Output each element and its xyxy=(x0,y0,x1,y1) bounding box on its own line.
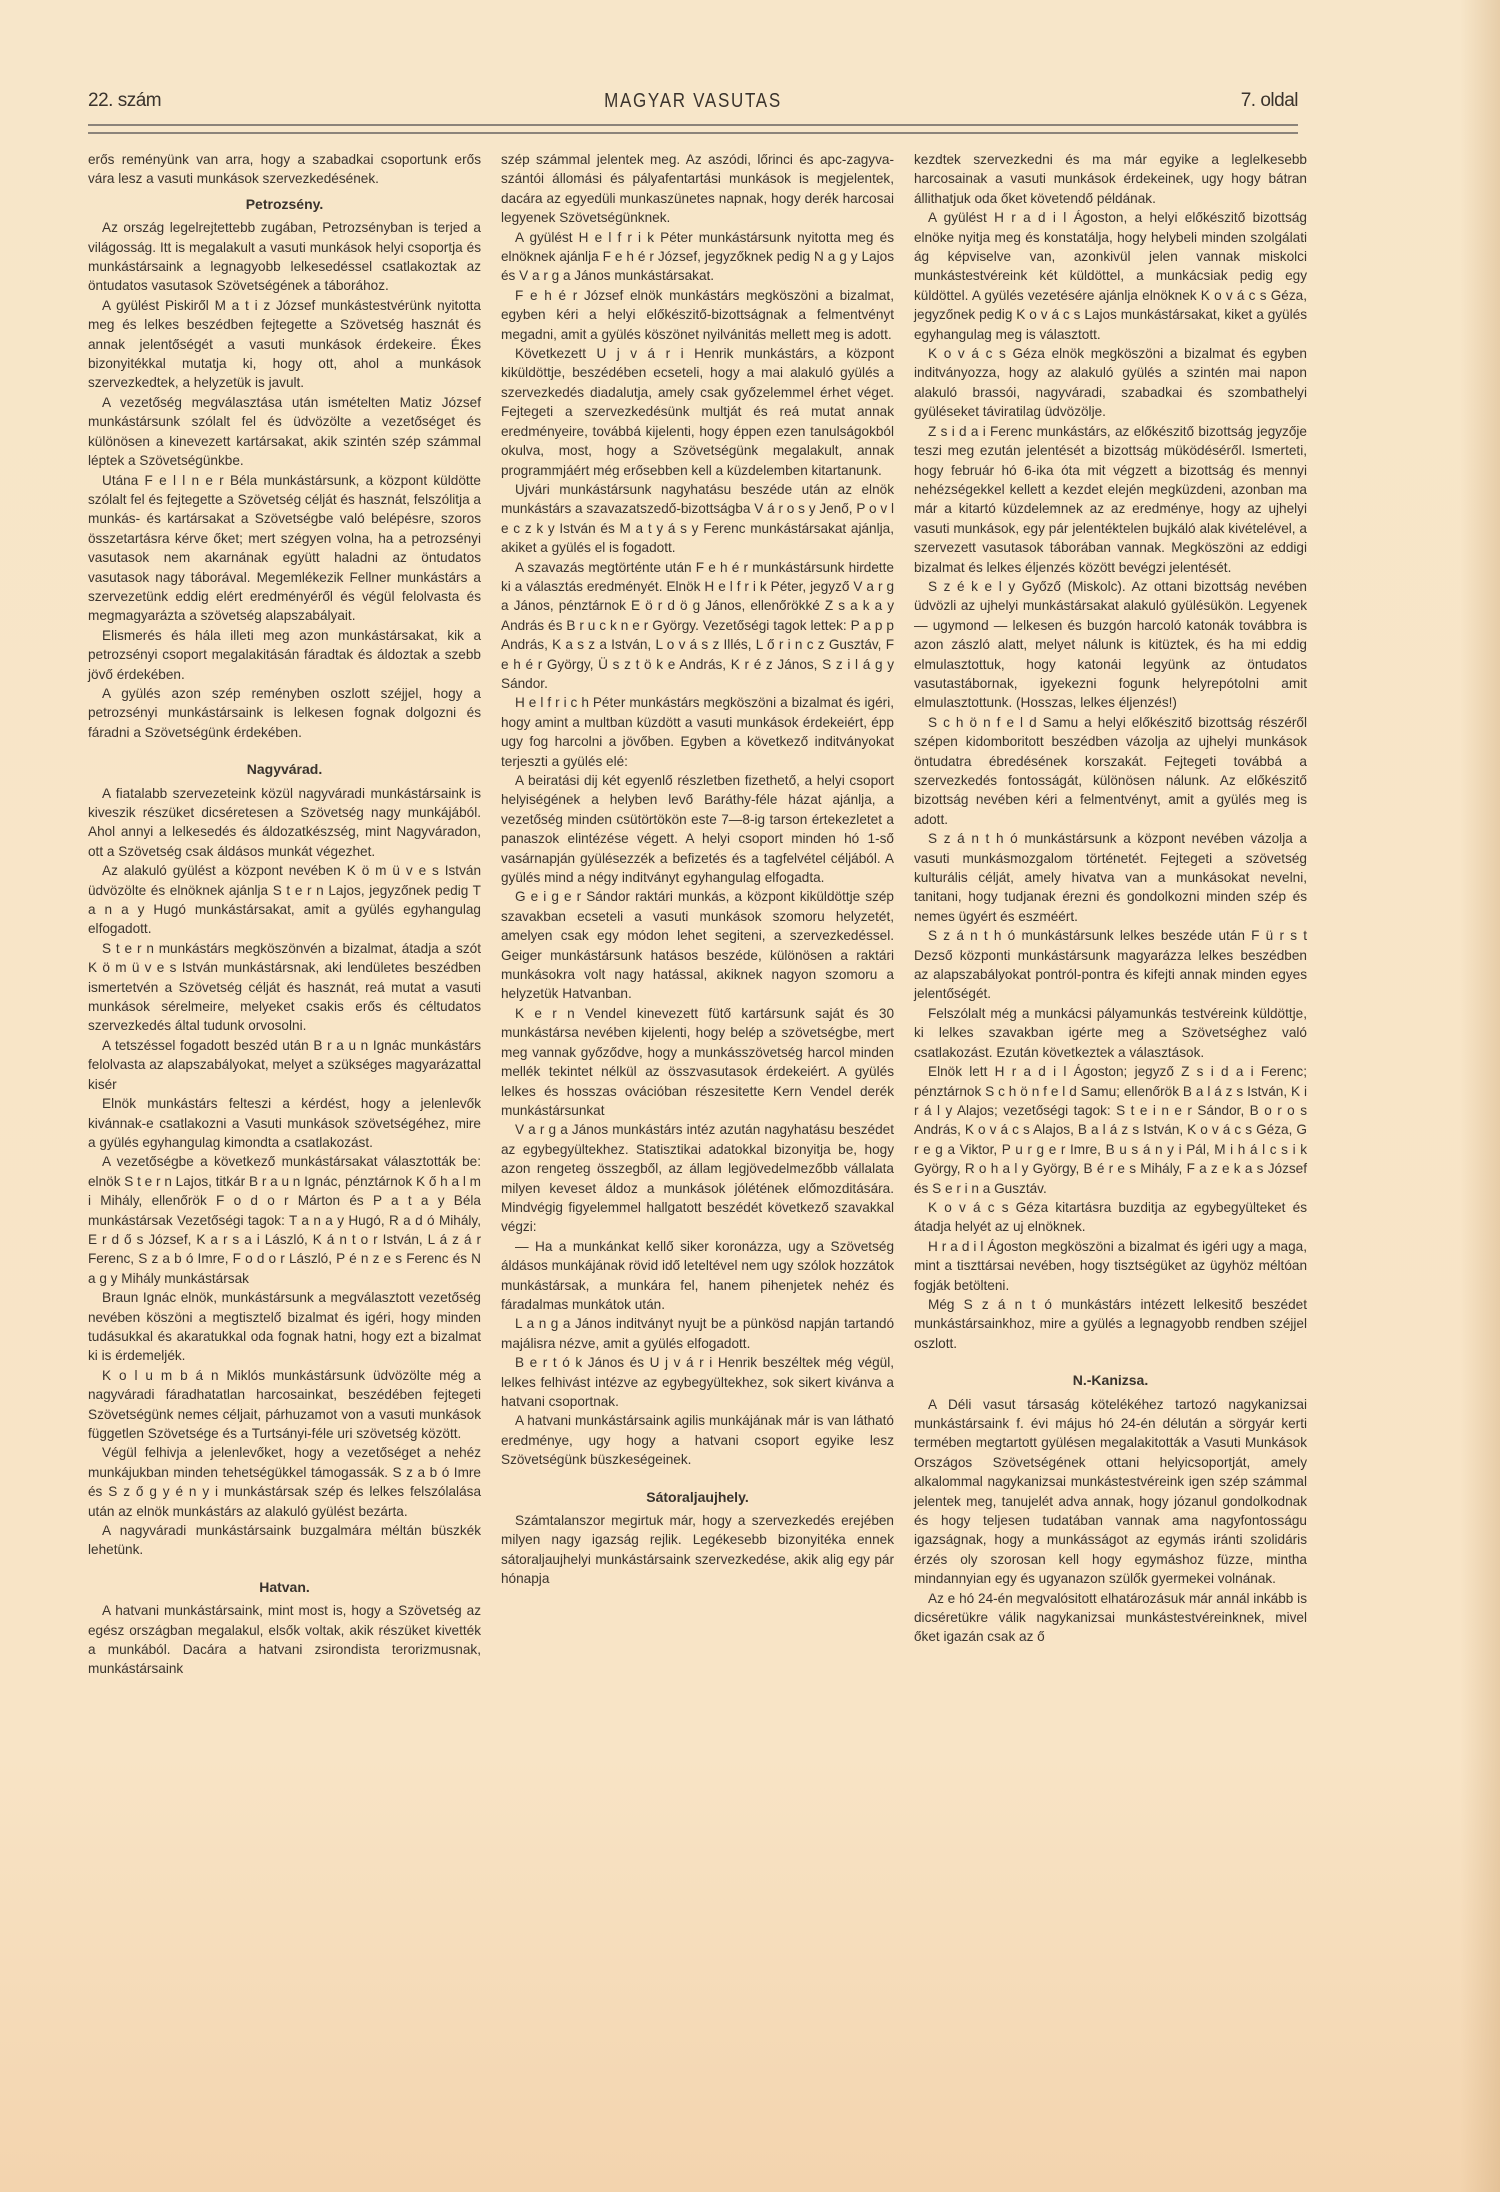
paragraph: Még S z á n t ó munkástárs intézett lelk… xyxy=(914,1295,1307,1353)
paragraph: Braun Ignác elnök, munkástársunk a megvá… xyxy=(88,1288,481,1366)
paragraph: S c h ö n f e l d Samu a helyi előkészit… xyxy=(914,713,1307,829)
paragraph: K o v á c s Géza elnök megköszöni a biza… xyxy=(914,344,1307,422)
section-heading: Sátoraljaujhely. xyxy=(501,1488,894,1507)
paragraph: erős reményünk van arra, hogy a szabadka… xyxy=(88,150,481,189)
paragraph: Elnök lett H r a d i l Ágoston; jegyző Z… xyxy=(914,1062,1307,1198)
column-middle: szép számmal jelentek meg. Az aszódi, lő… xyxy=(501,150,894,1679)
paragraph: szép számmal jelentek meg. Az aszódi, lő… xyxy=(501,150,894,228)
page-header: 22. szám MAGYAR VASUTAS 7. oldal xyxy=(88,90,1298,120)
paragraph: A gyülés azon szép reményben oszlott szé… xyxy=(88,684,481,742)
paragraph: Elnök munkástárs felteszi a kérdést, hog… xyxy=(88,1094,481,1152)
article-columns: erős reményünk van arra, hogy a szabadka… xyxy=(88,150,1308,1679)
paragraph: Felszólalt még a munkácsi pályamunkás te… xyxy=(914,1004,1307,1062)
paragraph: A Déli vasut társaság kötelékéhez tartoz… xyxy=(914,1395,1307,1589)
paragraph: A nagyváradi munkástársaink buzgalmára m… xyxy=(88,1521,481,1560)
paragraph: S z á n t h ó munkástársunk lelkes beszé… xyxy=(914,926,1307,1004)
paragraph: S z á n t h ó munkástársunk a központ ne… xyxy=(914,829,1307,926)
paragraph: Következett U j v á r i Henrik munkástár… xyxy=(501,344,894,480)
paragraph: Z s i d a i Ferenc munkástárs, az előkés… xyxy=(914,422,1307,577)
paragraph: Ujvári munkástársunk nagyhatásu beszéde … xyxy=(501,480,894,558)
column-right: kezdtek szervezkedni és ma már egyike a … xyxy=(914,150,1307,1679)
issue-number: 22. szám xyxy=(88,90,161,112)
paragraph: A fiatalabb szervezeteink közül nagyvára… xyxy=(88,784,481,862)
paragraph: F e h é r József elnök munkástárs megkös… xyxy=(501,286,894,344)
paragraph: — Ha a munkánkat kellő siker koronázza, … xyxy=(501,1237,894,1315)
paragraph: H r a d i l Ágoston megköszöni a bizalma… xyxy=(914,1237,1307,1295)
publication-title: MAGYAR VASUTAS xyxy=(179,90,1208,113)
paragraph: Az alakuló gyülést a központ nevében K ö… xyxy=(88,861,481,939)
paragraph: B e r t ó k János és U j v á r i Henrik … xyxy=(501,1353,894,1411)
header-rule xyxy=(88,124,1298,134)
paragraph: Az ország legelrejtettebb zugában, Petro… xyxy=(88,218,481,296)
paragraph: A gyülést H e l f r i k Péter munkástárs… xyxy=(501,228,894,286)
section-heading: Petrozsény. xyxy=(88,195,481,214)
paragraph: Utána F e l l n e r Béla munkástársunk, … xyxy=(88,471,481,626)
paragraph: H e l f r i c h Péter munkástárs megkösz… xyxy=(501,693,894,771)
paragraph: L a n g a János inditványt nyujt be a pü… xyxy=(501,1314,894,1353)
paragraph: kezdtek szervezkedni és ma már egyike a … xyxy=(914,150,1307,208)
paragraph: Elismerés és hála illeti meg azon munkás… xyxy=(88,626,481,684)
section-heading: Hatvan. xyxy=(88,1578,481,1597)
section-heading: N.-Kanizsa. xyxy=(914,1371,1307,1390)
paragraph: K e r n Vendel kinevezett fütő kartársun… xyxy=(501,1004,894,1120)
paragraph: S z é k e l y Győző (Miskolc). Az ottani… xyxy=(914,577,1307,713)
paragraph: A hatvani munkástársaink agilis munkáján… xyxy=(501,1411,894,1469)
paragraph: K o l u m b á n Miklós munkástársunk üdv… xyxy=(88,1366,481,1444)
paragraph: Számtalanszor megirtuk már, hogy a szerv… xyxy=(501,1511,894,1589)
paragraph: Végül felhivja a jelenlevőket, hogy a ve… xyxy=(88,1443,481,1521)
paragraph: A vezetőség megválasztása után ismételte… xyxy=(88,393,481,471)
paragraph: A hatvani munkástársaink, mint most is, … xyxy=(88,1601,481,1679)
paragraph: A gyülést H r a d i l Ágoston, a helyi e… xyxy=(914,208,1307,344)
paragraph: A beiratási dij két egyenlő részletben f… xyxy=(501,771,894,887)
section-heading: Nagyvárad. xyxy=(88,760,481,779)
paragraph: A szavazás megtörténte után F e h é r mu… xyxy=(501,558,894,694)
paragraph: A gyülést Piskiről M a t i z József munk… xyxy=(88,296,481,393)
paragraph: S t e r n munkástárs megköszönvén a biza… xyxy=(88,939,481,1036)
paragraph: G e i g e r Sándor raktári munkás, a köz… xyxy=(501,887,894,1003)
paragraph: A tetszéssel fogadott beszéd után B r a … xyxy=(88,1036,481,1094)
page-edge-shadow xyxy=(1460,0,1500,2192)
page-number: 7. oldal xyxy=(1241,90,1298,112)
column-left: erős reményünk van arra, hogy a szabadka… xyxy=(88,150,481,1679)
paragraph: A vezetőségbe a következő munkástársakat… xyxy=(88,1152,481,1288)
paragraph: V a r g a János munkástárs intéz azután … xyxy=(501,1120,894,1236)
paragraph: K o v á c s Géza kitartásra buzditja az … xyxy=(914,1198,1307,1237)
paragraph: Az e hó 24-én megvalósitott elhatározásu… xyxy=(914,1589,1307,1647)
